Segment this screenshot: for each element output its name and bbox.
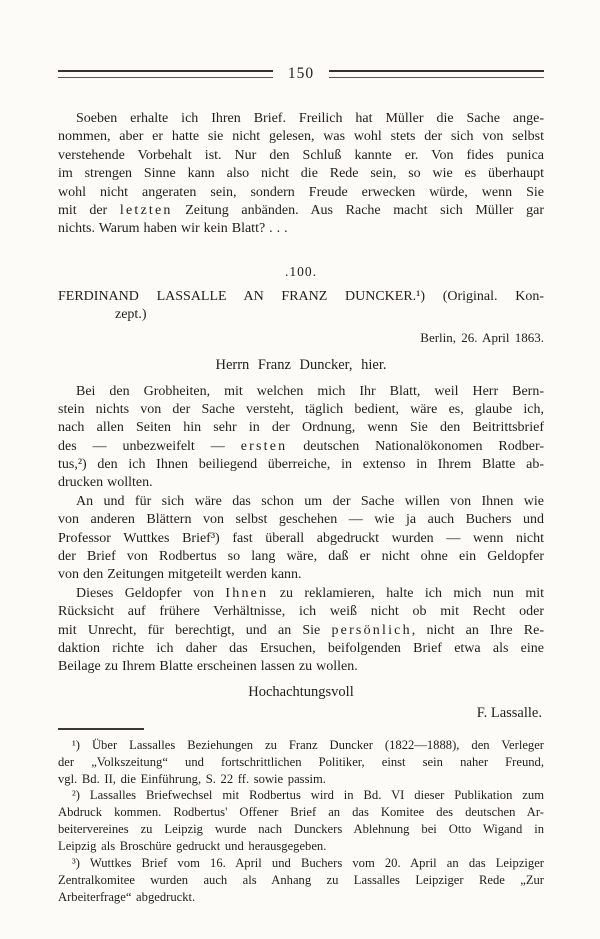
closing: Hochachtungsvoll (58, 683, 544, 702)
letter-paragraph-1: Bei den Grobheiten, mit welchen mich Ihr… (58, 383, 544, 493)
text-segment: deutschen Nationalökonomen Rodber- (287, 439, 544, 454)
text-line: Abdruck kommen. Rodbertus' Offener Brief… (58, 804, 544, 821)
text-line: nommen, aber er hatte sie nicht gelesen,… (58, 128, 544, 146)
text-line: Bei den Grobheiten, mit welchen mich Ihr… (58, 383, 544, 401)
text-line: daktion richte ich daher das Ersuchen, b… (58, 640, 544, 658)
text-line: von den Zeitungen mitgeteilt werden kann… (58, 566, 544, 584)
running-head: 150 (58, 64, 544, 84)
footnotes: ¹) Über Lassalles Beziehungen zu Franz D… (58, 737, 544, 906)
section-number: .100. (58, 263, 544, 281)
letter-paragraph-2: An und für sich wäre das schon um der Sa… (58, 493, 544, 585)
text-line: Rücksicht auf frühere Verhältnisse, ich … (58, 603, 544, 621)
letterspaced-word: persönlich (331, 623, 411, 638)
text-line: stein nichts von der Sache versteht, täg… (58, 401, 544, 419)
text-line: An und für sich wäre das schon um der Sa… (58, 493, 544, 511)
salutation: Herrn Franz Duncker, hier. (58, 356, 544, 375)
footnote-2: ²) Lassalles Briefwechsel mit Rodbertus … (58, 787, 544, 855)
text-line: drucken wollten. (58, 474, 544, 492)
text-line: Dieses Geldopfer von Ihnen zu reklamiere… (58, 585, 544, 603)
text-line: der „Volkszeitung“ und fortschrittlichen… (58, 754, 544, 771)
book-page: 150 Soeben erhalte ich Ihren Brief. Frei… (0, 0, 600, 939)
text-line: tus,²) den ich Ihnen beiliegend überreic… (58, 456, 544, 474)
signature: F. Lassalle. (58, 704, 544, 723)
text-line: ²) Lassalles Briefwechsel mit Rodbertus … (58, 787, 544, 804)
letter-paragraph-3: Dieses Geldopfer von Ihnen zu reklamiere… (58, 585, 544, 677)
text-line: beitervereines zu Leipzig wurde nach Dun… (58, 821, 544, 838)
text-line: wohl nicht angeraten sein, sondern Freud… (58, 184, 544, 202)
text-line: nichts. Warum haben wir kein Blatt? . . … (58, 220, 544, 238)
dateline: Berlin, 26. April 1863. (58, 329, 544, 346)
text-line: der Brief von Rodbertus so lang wäre, da… (58, 548, 544, 566)
text-line: des — unbezweifelt — ersten deutschen Na… (58, 438, 544, 456)
text-line: ¹) Über Lassalles Beziehungen zu Franz D… (58, 737, 544, 754)
text-line: Professor Wuttkes Brief³) fast überall a… (58, 530, 544, 548)
text-line: Soeben erhalte ich Ihren Brief. Freilich… (58, 110, 544, 128)
text-line: Beilage zu Ihrem Blatte erscheinen lasse… (58, 658, 544, 676)
text-segment: mit der (58, 203, 120, 218)
page-number: 150 (288, 64, 314, 84)
text-line: Leipzig als Broschüre gedruckt und herau… (58, 838, 544, 855)
text-line: nach allen Seiten hin sehr in der Ordnun… (58, 419, 544, 437)
header-rule-left (58, 70, 273, 78)
footnote-separator-rule (58, 728, 144, 733)
text-line: mit der letzten Zeitung anbänden. Aus Ra… (58, 202, 544, 220)
text-segment: mit Unrecht, für berechtigt, und an Sie (58, 623, 331, 638)
text-line: ³) Wuttkes Brief vom 16. April und Buche… (58, 855, 544, 872)
text-line: verstehende Vorbehalt ist. Nur den Schlu… (58, 147, 544, 165)
footnote-1: ¹) Über Lassalles Beziehungen zu Franz D… (58, 737, 544, 788)
heading-line-1: FERDINAND LASSALLE AN FRANZ DUNCKER.¹) (… (58, 288, 544, 306)
text-block: 150 Soeben erhalte ich Ihren Brief. Frei… (58, 64, 544, 906)
header-rule-right (329, 70, 544, 78)
text-line: Zentralkomitee wurden auch als Anhang zu… (58, 872, 544, 889)
text-segment: des — unbezweifelt — (58, 439, 241, 454)
heading-line-2: zept.) (58, 306, 544, 324)
letterspaced-word: letzten (120, 203, 173, 218)
letterspaced-word: Ihnen (225, 586, 268, 601)
text-line: von anderen Blättern von selbst geschehe… (58, 511, 544, 529)
text-line: Arbeiterfrage“ abgedruckt. (58, 889, 544, 906)
text-segment: Dieses Geldopfer von (76, 586, 225, 601)
footnote-3: ³) Wuttkes Brief vom 16. April und Buche… (58, 855, 544, 906)
text-segment: zu reklamieren, halte ich mich nun mit (268, 586, 544, 601)
text-line: im strengen Sinne kann also nicht die Re… (58, 165, 544, 183)
text-line: vgl. Bd. II, die Einführung, S. 22 ff. s… (58, 771, 544, 788)
letter-heading: FERDINAND LASSALLE AN FRANZ DUNCKER.¹) (… (58, 288, 544, 325)
intro-paragraph: Soeben erhalte ich Ihren Brief. Freilich… (58, 110, 544, 239)
letterspaced-word: ersten (241, 439, 288, 454)
text-segment: , nicht an Ihre Re- (412, 623, 544, 638)
text-segment: Zeitung anbänden. Aus Rache macht sich M… (173, 203, 544, 218)
text-line: mit Unrecht, für berechtigt, und an Sie … (58, 622, 544, 640)
